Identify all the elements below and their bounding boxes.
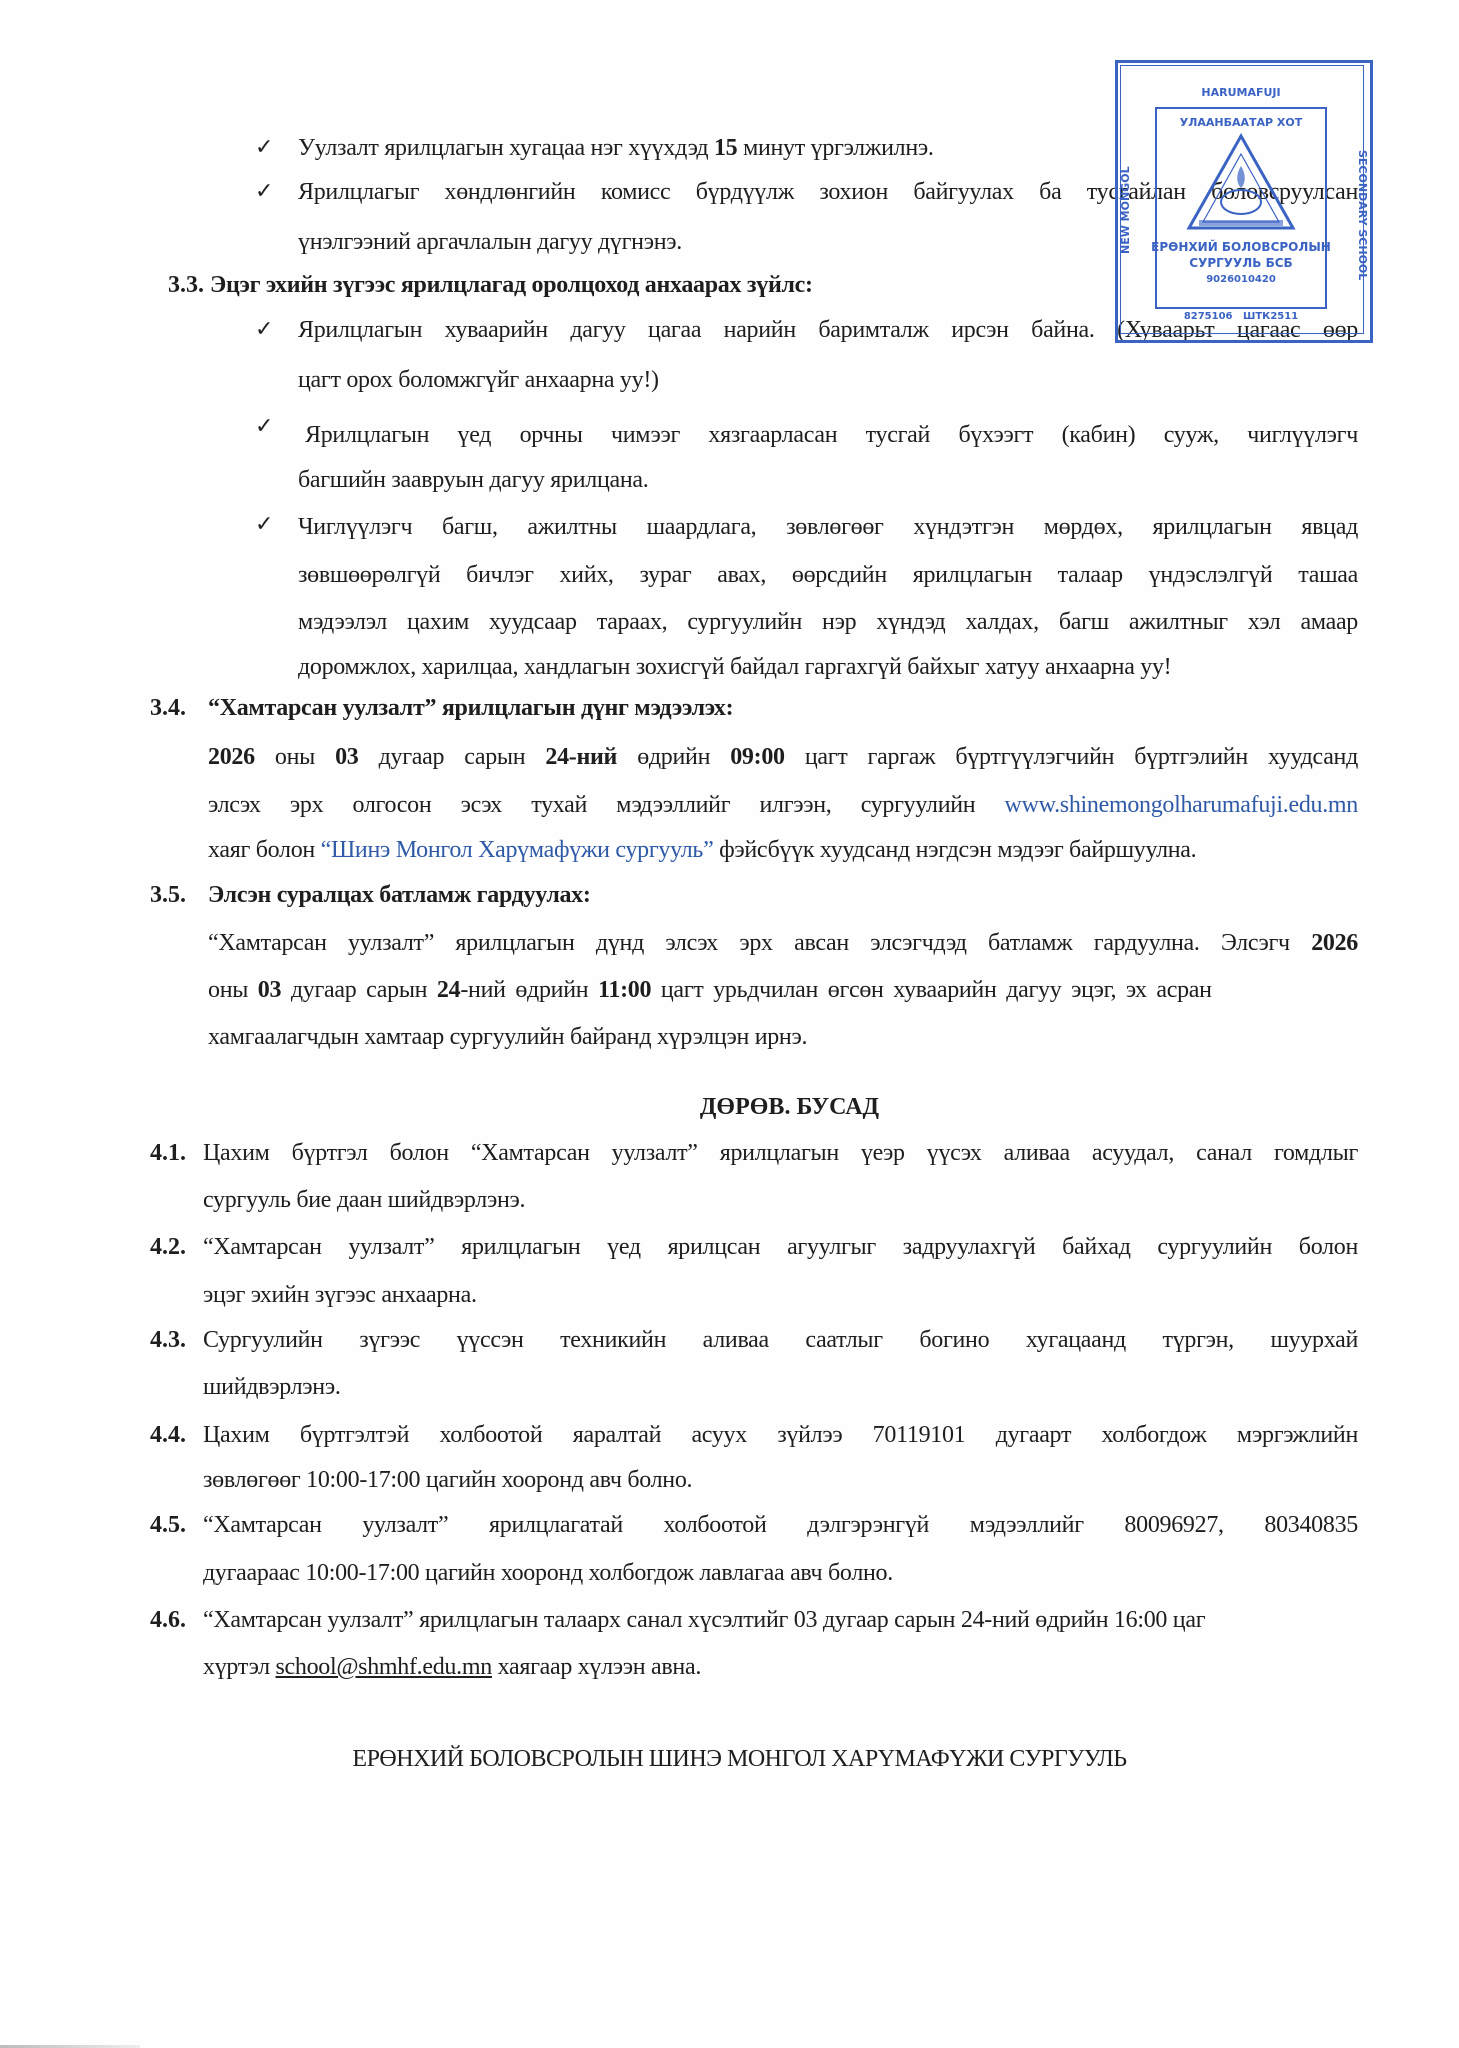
item-text-cont: зөвлөгөөг 10:00-17:00 цагийн хооронд авч… <box>203 1465 692 1495</box>
bullet-text-cont: доромжлох, харилцаа, хандлагын зохисгүй … <box>298 652 1171 682</box>
bullet-text: Ярилцлагын үед орчны чимээг хязгаарласан… <box>305 420 1358 450</box>
stamp-school-line1: ЕРӨНХИЙ БОЛОВСРОЛЫН <box>1115 240 1367 254</box>
stamp-city: УЛААНБААТАР ХОТ <box>1115 116 1367 129</box>
section-number: 3.4. <box>150 693 186 723</box>
official-stamp: HARUMAFUJI УЛААНБААТАР ХОТ NEW MONGOL SE… <box>1115 60 1375 345</box>
section-title: Элсэн суралцах батламж гардуулах: <box>208 880 591 910</box>
item-text: Цахим бүртгэлтэй холбоотой яаралтай асуу… <box>203 1420 1358 1450</box>
item-number: 4.6. <box>150 1605 186 1635</box>
item-text: “Хамтарсан уулзалт” ярилцлагатай холбоот… <box>203 1510 1358 1540</box>
bullet-text-cont: зөвшөөрөлгүй бичлэг хийх, зураг авах, өө… <box>298 560 1358 590</box>
bullet-text-cont: мэдээлэл цахим хуудсаар тараах, сургуули… <box>298 607 1358 637</box>
section-number: 3.5. <box>150 880 186 910</box>
bullet-text-cont: үнэлгээний аргачлалын дагуу дүгнэнэ. <box>298 227 682 257</box>
item-text: Сургуулийн зүгээс үүссэн техникийн алива… <box>203 1325 1358 1355</box>
bullet-text: Уулзалт ярилцлагын хугацаа нэг хүүхдэд 1… <box>298 133 934 163</box>
item-text-cont: хүртэл school@shmhf.edu.mn хаягаар хүлээ… <box>203 1652 701 1682</box>
check-icon: ✓ <box>255 412 273 442</box>
paragraph-line: “Хамтарсан уулзалт” ярилцлагын дүнд элсэ… <box>208 928 1358 958</box>
paragraph-line: элсэх эрх олгосон эсэх тухай мэдээллийг … <box>208 790 1358 820</box>
check-icon: ✓ <box>255 177 273 207</box>
stamp-top-text: HARUMAFUJI <box>1115 86 1367 99</box>
item-number: 4.4. <box>150 1420 186 1450</box>
section-title: “Хамтарсан уулзалт” ярилцлагын дүнг мэдэ… <box>208 693 733 723</box>
paragraph-line: оны 03 дугаар сарын 24-ний өдрийн 11:00 … <box>208 975 1212 1005</box>
check-icon: ✓ <box>255 133 273 163</box>
facebook-page-link[interactable]: “Шинэ Монгол Харүмафүжи сургууль” <box>321 837 714 863</box>
triangle-emblem-icon <box>1185 132 1297 232</box>
document-page: ✓ Уулзалт ярилцлагын хугацаа нэг хүүхдэд… <box>0 0 1459 2048</box>
item-number: 4.2. <box>150 1232 186 1262</box>
school-signature: ЕРӨНХИЙ БОЛОВСРОЛЫН ШИНЭ МОНГОЛ ХАРҮМАФҮ… <box>10 1744 1459 1774</box>
stamp-school-line2: СУРГУУЛЬ БСБ <box>1115 256 1367 270</box>
check-icon: ✓ <box>255 510 273 540</box>
item-text: “Хамтарсан уулзалт” ярилцлагын талаарх с… <box>203 1605 1205 1635</box>
item-text: “Хамтарсан уулзалт” ярилцлагын үед ярилц… <box>203 1232 1358 1262</box>
section-heading: ДӨРӨВ. БУСАД <box>60 1092 1459 1122</box>
stamp-codes: 8275106 ШТК2511 <box>1115 311 1367 322</box>
paragraph-line: хаяг болон “Шинэ Монгол Харүмафүжи сургу… <box>208 835 1196 865</box>
item-text-cont: сургууль бие даан шийдвэрлэнэ. <box>203 1185 525 1215</box>
item-text: Цахим бүртгэл болон “Хамтарсан уулзалт” … <box>203 1138 1358 1168</box>
item-text-cont: шийдвэрлэнэ. <box>203 1372 341 1402</box>
email-link[interactable]: school@shmhf.edu.mn <box>276 1654 492 1680</box>
item-number: 4.1. <box>150 1138 186 1168</box>
item-number: 4.3. <box>150 1325 186 1355</box>
item-number: 4.5. <box>150 1510 186 1540</box>
item-text-cont: дугаараас 10:00-17:00 цагийн хооронд хол… <box>203 1558 893 1588</box>
website-link[interactable]: www.shinemongolharumafuji.edu.mn <box>1005 792 1358 818</box>
section-title: Эцэг эхийн зүгээс ярилцлагад оролцоход а… <box>210 270 813 300</box>
section-number: 3.3. <box>168 270 204 300</box>
bullet-text-cont: цагт орох боломжгүйг анхаарна уу!) <box>298 365 659 395</box>
item-text-cont: эцэг эхийн зүгээс анхаарна. <box>203 1280 477 1310</box>
paragraph-line: хамгаалагчдын хамтаар сургуулийн байранд… <box>208 1022 807 1052</box>
check-icon: ✓ <box>255 315 273 345</box>
stamp-reg-number: 9026010420 <box>1115 274 1367 285</box>
bullet-text-cont: багшийн заавруын дагуу ярилцана. <box>298 465 648 495</box>
bullet-text: Чиглүүлэгч багш, ажилтны шаардлага, зөвл… <box>298 512 1358 542</box>
paragraph-line: 2026 оны 03 дугаар сарын 24-ний өдрийн 0… <box>208 742 1358 772</box>
